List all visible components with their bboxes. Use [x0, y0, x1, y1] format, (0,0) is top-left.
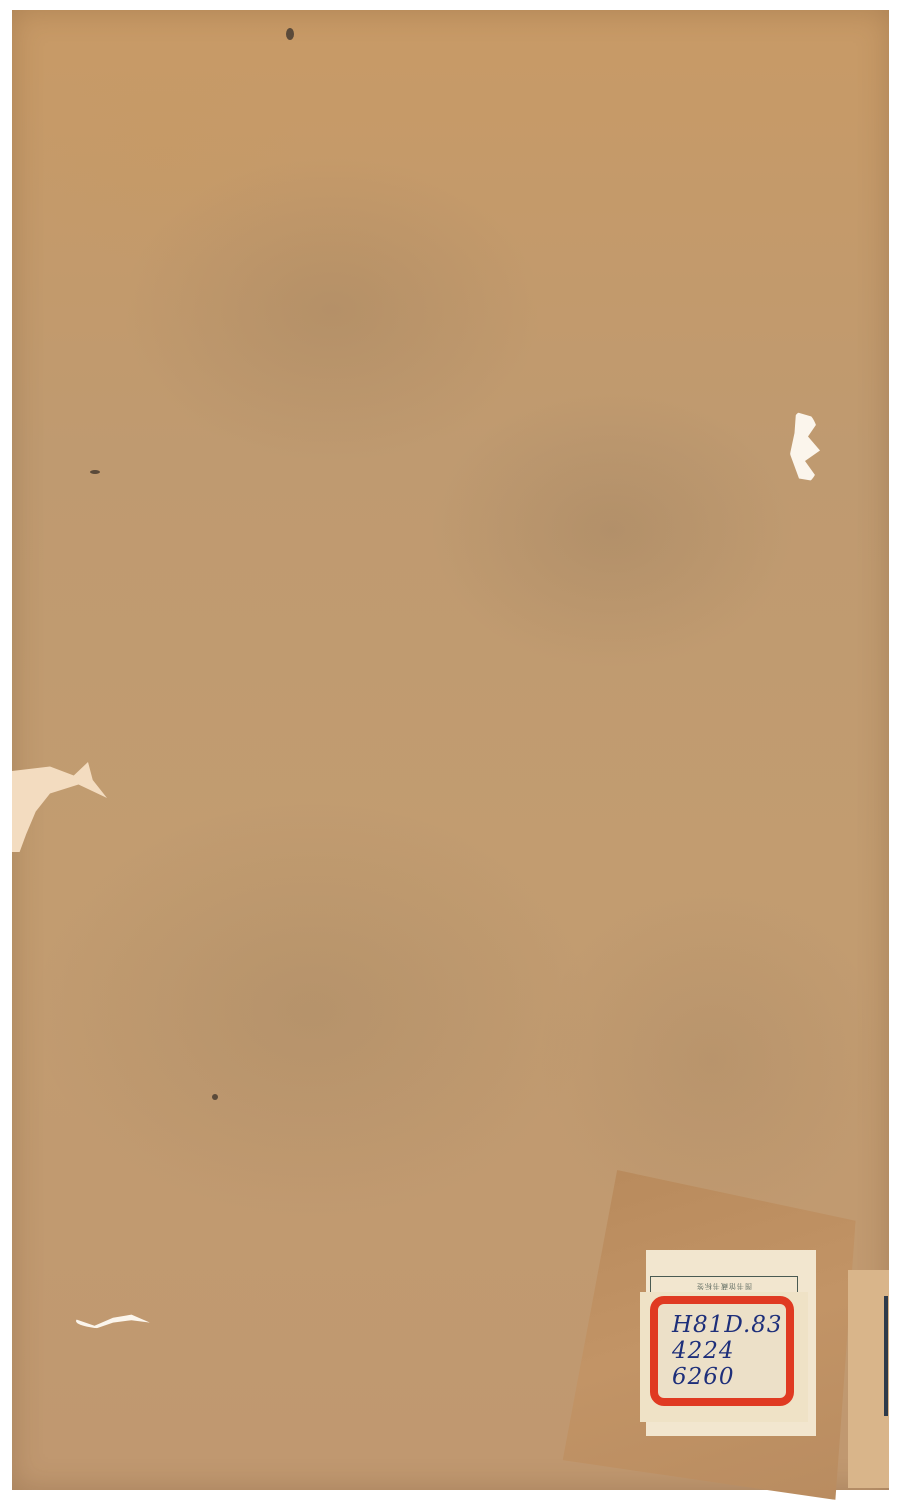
paper-speck	[286, 28, 294, 40]
call-number-line-2: 4224	[672, 1338, 786, 1364]
call-number-line-3: 6260	[672, 1364, 786, 1390]
edge-strip-line	[884, 1296, 888, 1416]
edge-strip	[848, 1270, 889, 1488]
call-number-line-1: H81D.83	[672, 1312, 786, 1338]
paper-speck	[212, 1094, 218, 1100]
paper-speck	[90, 470, 100, 474]
call-number-stamp: H81D.83 4224 6260	[650, 1296, 794, 1406]
